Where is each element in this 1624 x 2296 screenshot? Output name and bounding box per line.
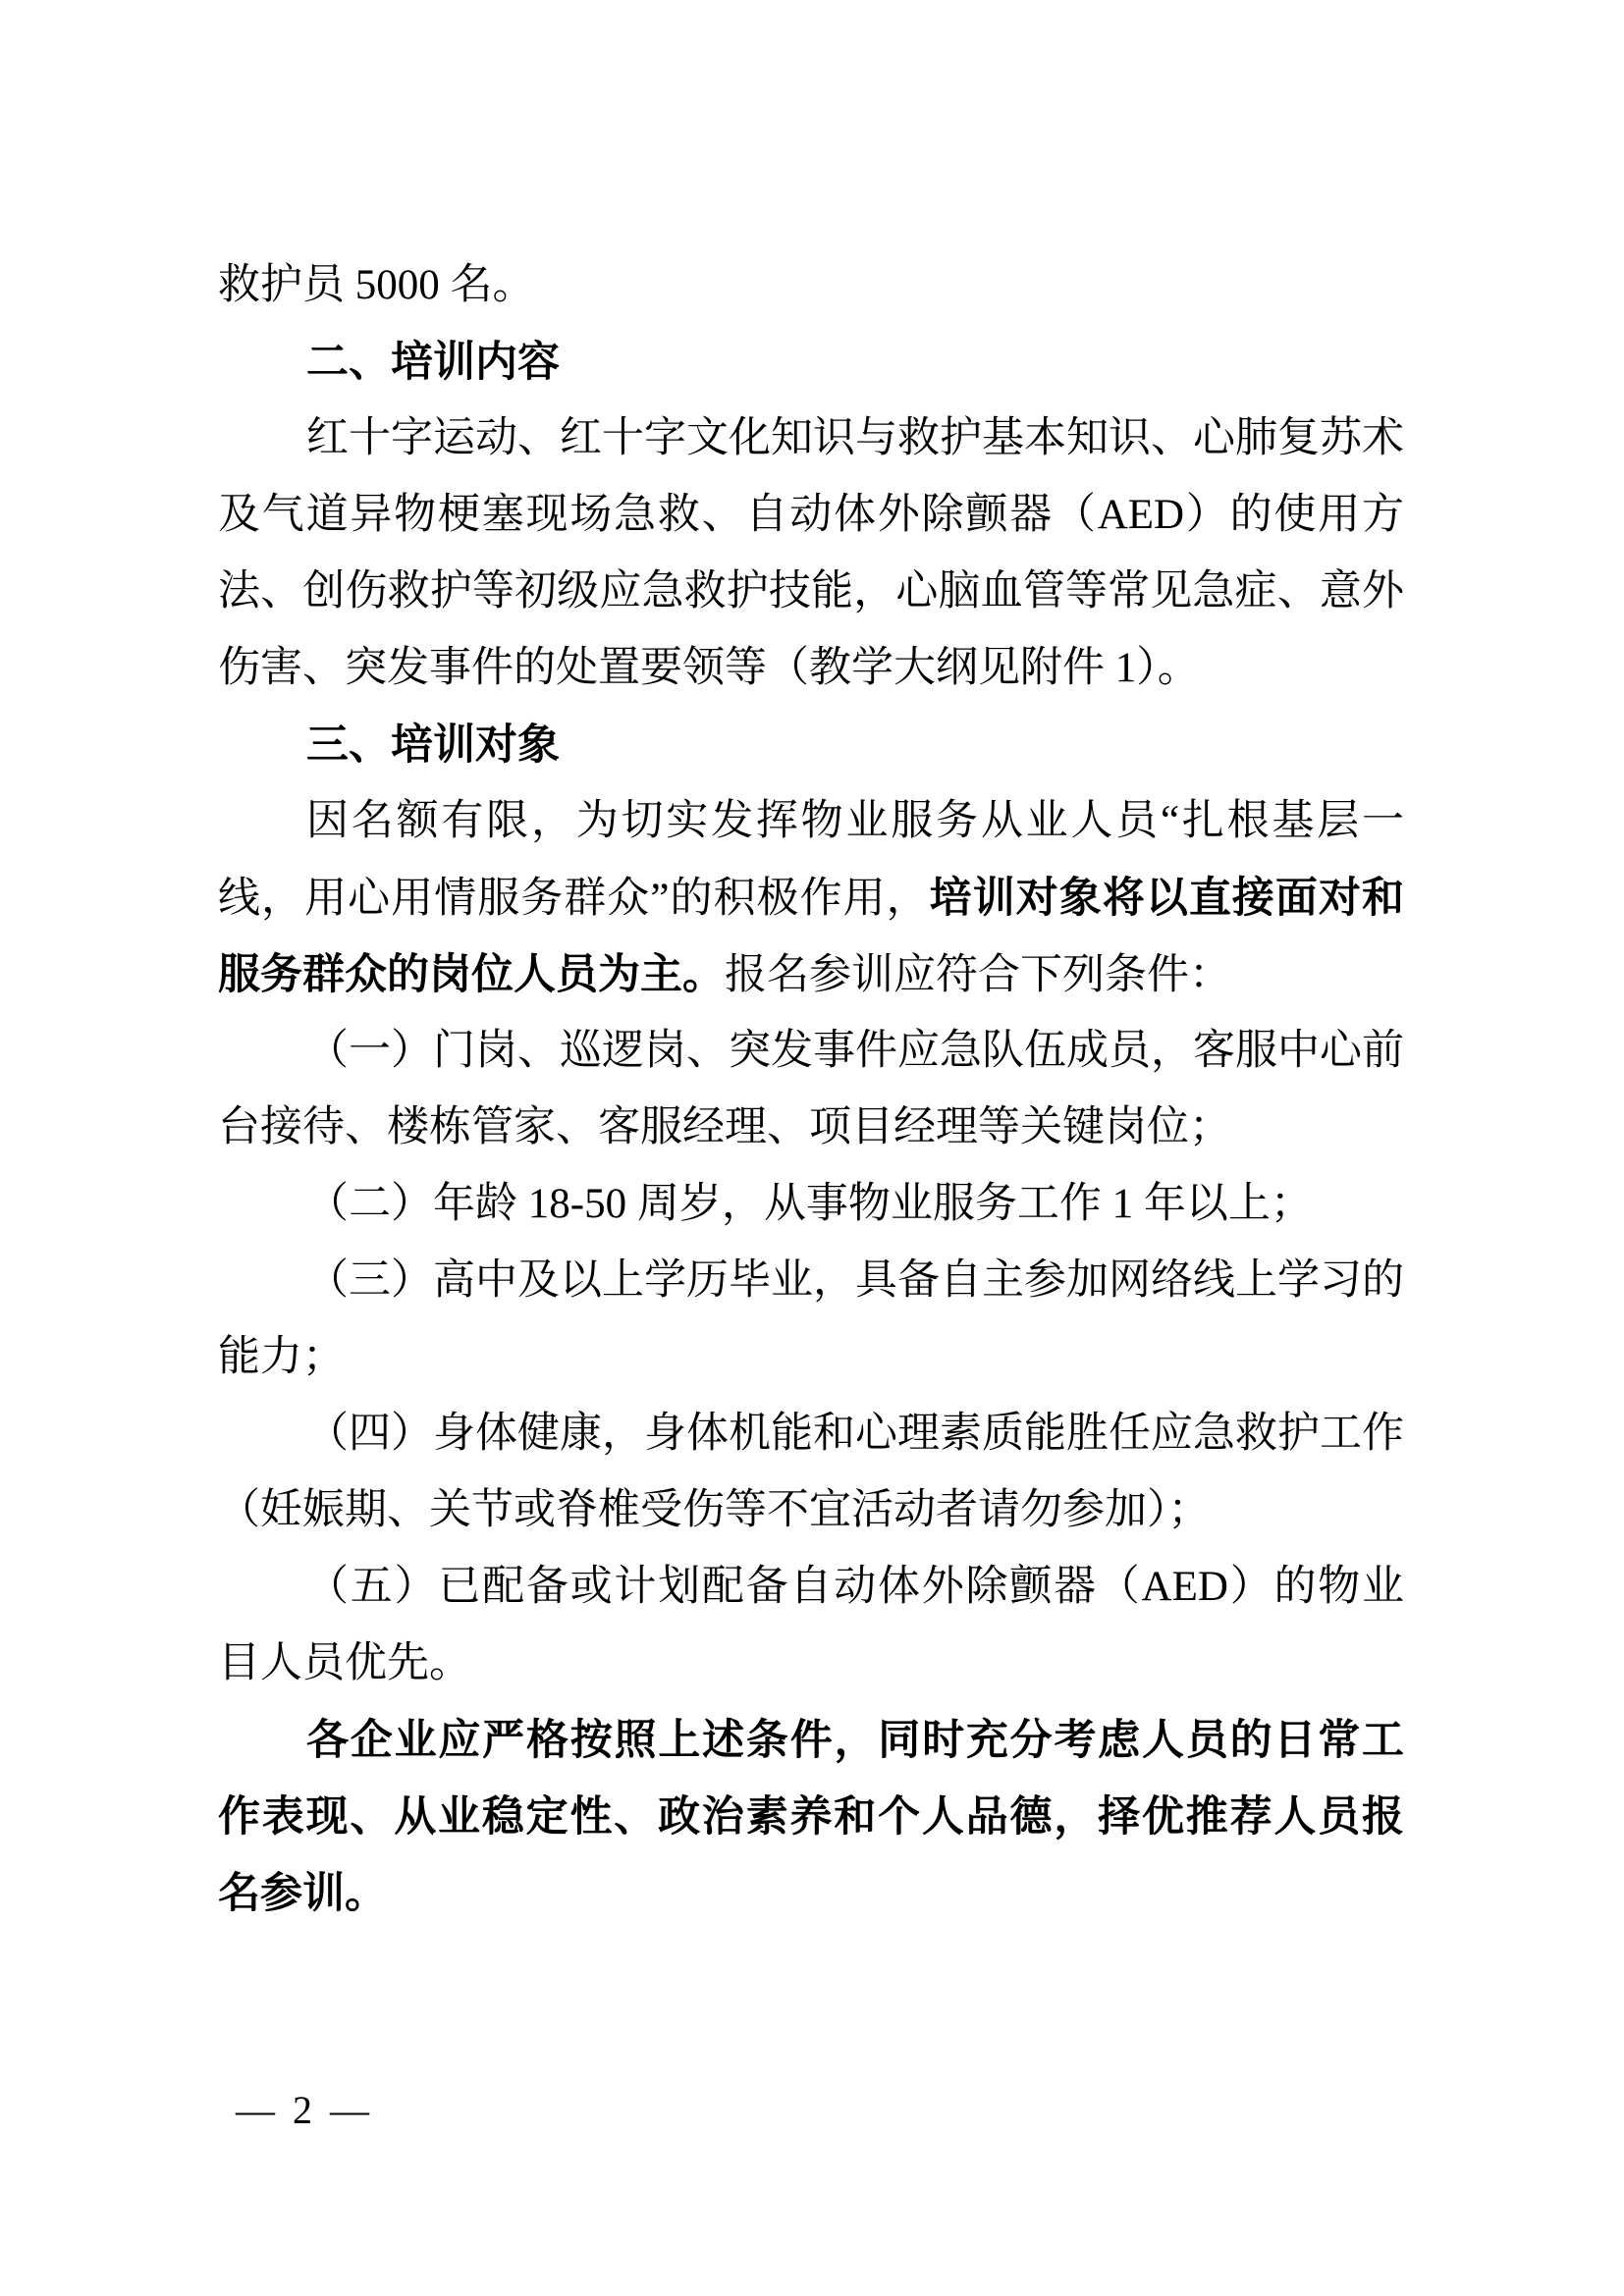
bold-text-run: 培训对象将以直接面对和 <box>930 875 1404 922</box>
text-run: 救护员 5000 名。 <box>218 262 535 308</box>
text-line: 三、培训对象 <box>218 707 1404 783</box>
document-body: 救护员 5000 名。二、培训内容红十字运动、红十字文化知识与救护基本知识、心肺… <box>218 247 1404 1932</box>
text-run: （一）门岗、巡逻岗、突发事件应急队伍成员，客服中心前 <box>306 1028 1404 1074</box>
text-line: 红十字运动、红十字文化知识与救护基本知识、心肺复苏术 <box>218 400 1404 477</box>
text-run: 报名参训应符合下列条件： <box>725 952 1231 998</box>
text-line: 线，用心用情服务群众”的积极作用，培训对象将以直接面对和 <box>218 860 1404 936</box>
text-run: （五）已配备或计划配备自动体外除颤器（AED）的物业项 <box>218 1564 1404 1626</box>
text-line: 二、培训内容 <box>218 324 1404 400</box>
text-line: 因名额有限，为切实发挥物业服务从业人员“扎根基层一 <box>218 783 1404 860</box>
text-run: （妊娠期、关节或脊椎受伤等不宜活动者请勿参加）； <box>218 1487 1211 1533</box>
text-run: 伤害、突发事件的处置要领等（教学大纲见附件 1）。 <box>218 645 1200 691</box>
text-line: 名参训。 <box>218 1855 1404 1932</box>
text-line: 作表现、从业稳定性、政治素养和个人品德，择优推荐人员报 <box>218 1779 1404 1855</box>
text-line: 台接待、楼栋管家、客服经理、项目经理等关键岗位； <box>218 1090 1404 1166</box>
text-line: 各企业应严格按照上述条件，同时充分考虑人员的日常工 <box>218 1702 1404 1779</box>
text-line: （二）年龄 18-50 周岁，从事物业服务工作 1 年以上； <box>218 1166 1404 1243</box>
bold-text-run: 服务群众的岗位人员为主。 <box>218 951 725 998</box>
page-number: — 2 — <box>236 2075 373 2146</box>
text-line: 目人员优先。 <box>218 1626 1404 1702</box>
text-run: 法、创伤救护等初级应急救护技能，心脑血管等常见急症、意外 <box>218 568 1404 614</box>
text-line: （四）身体健康，身体机能和心理素质能胜任应急救护工作 <box>218 1396 1404 1472</box>
text-run: （四）身体健康，身体机能和心理素质能胜任应急救护工作 <box>306 1411 1404 1457</box>
text-run: （三）高中及以上学历毕业，具备自主参加网络线上学习的 <box>306 1257 1404 1304</box>
bold-text-run: 各企业应严格按照上述条件，同时充分考虑人员的日常工 <box>306 1717 1404 1764</box>
text-line: 及气道异物梗塞现场急救、自动体外除颤器（AED）的使用方 <box>218 477 1404 554</box>
text-run: （二）年龄 18-50 周岁，从事物业服务工作 1 年以上； <box>306 1181 1313 1227</box>
text-line: （妊娠期、关节或脊椎受伤等不宜活动者请勿参加）； <box>218 1472 1404 1549</box>
text-line: （一）门岗、巡逻岗、突发事件应急队伍成员，客服中心前 <box>218 1013 1404 1090</box>
text-line: （五）已配备或计划配备自动体外除颤器（AED）的物业项 <box>218 1549 1404 1626</box>
text-run: 能力； <box>218 1334 345 1380</box>
text-line: 法、创伤救护等初级应急救护技能，心脑血管等常见急症、意外 <box>218 554 1404 630</box>
bold-text-run: 作表现、从业稳定性、政治素养和个人品德，择优推荐人员报 <box>218 1793 1404 1841</box>
text-line: 伤害、突发事件的处置要领等（教学大纲见附件 1）。 <box>218 630 1404 707</box>
bold-text-run: 名参训。 <box>218 1870 387 1917</box>
text-line: 救护员 5000 名。 <box>218 247 1404 324</box>
bold-text-run: 三、培训对象 <box>306 721 560 769</box>
bold-text-run: 二、培训内容 <box>306 339 560 386</box>
text-run: 及气道异物梗塞现场急救、自动体外除颤器（AED）的使用方 <box>218 492 1404 538</box>
text-run: 线，用心用情服务群众”的积极作用， <box>218 876 930 922</box>
text-line: 服务群众的岗位人员为主。报名参训应符合下列条件： <box>218 936 1404 1013</box>
document-page: 救护员 5000 名。二、培训内容红十字运动、红十字文化知识与救护基本知识、心肺… <box>0 0 1624 2296</box>
text-run: 因名额有限，为切实发挥物业服务从业人员“扎根基层一 <box>306 798 1404 844</box>
text-run: 台接待、楼栋管家、客服经理、项目经理等关键岗位； <box>218 1104 1231 1150</box>
text-line: （三）高中及以上学历毕业，具备自主参加网络线上学习的 <box>218 1243 1404 1319</box>
text-run: 目人员优先。 <box>218 1640 471 1686</box>
text-run: 红十字运动、红十字文化知识与救护基本知识、心肺复苏术 <box>306 415 1404 461</box>
text-line: 能力； <box>218 1319 1404 1396</box>
